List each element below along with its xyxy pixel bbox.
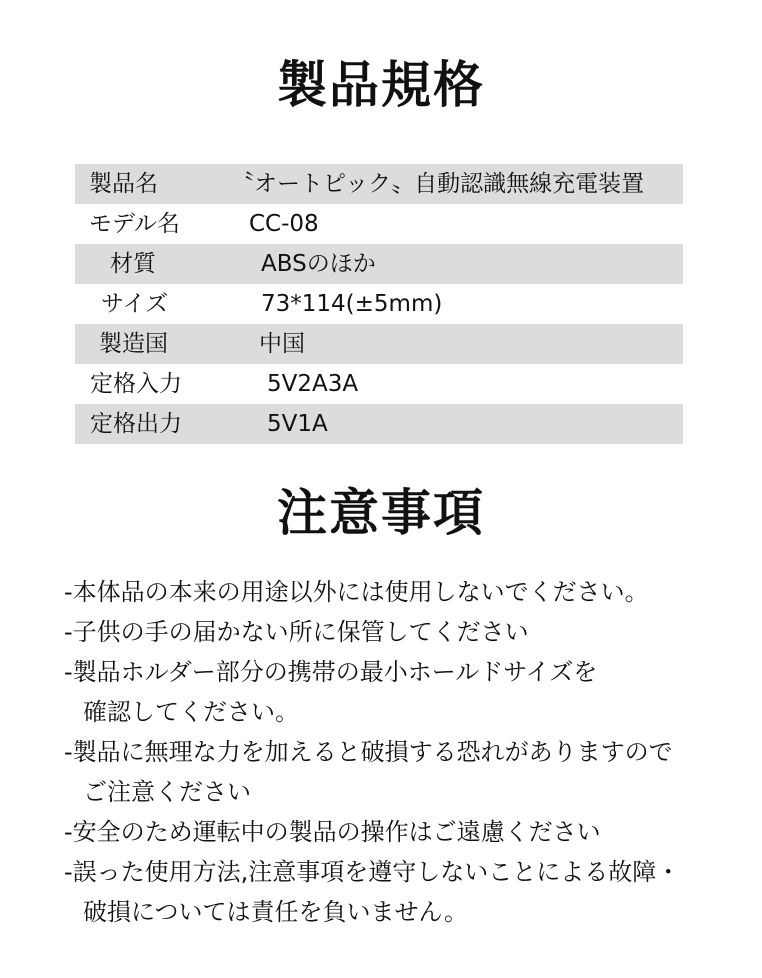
note-item: -製品ホルダー部分の携帯の最小ホールドサイズを: [64, 652, 744, 692]
spec-label: 製造国: [99, 324, 168, 364]
note-item-continuation: ご注意ください: [64, 772, 744, 812]
note-item: -誤った使用方法,注意事項を遵守しないことによる故障・: [64, 852, 744, 892]
spec-row-rated-input: 定格入力 5V2A3A: [75, 364, 683, 404]
spec-row-rated-output: 定格出力 5V1A: [75, 404, 683, 444]
note-item-continuation: 破損については責任を負いません。: [64, 892, 744, 932]
spec-row-country: 製造国 中国: [75, 324, 683, 364]
spec-row-model-name: モデル名 CC-08: [75, 204, 683, 244]
spec-label: 定格出力: [90, 404, 182, 444]
note-item: -安全のため運転中の製品の操作はご遠慮ください: [64, 812, 744, 852]
spec-value: ABSのほか: [261, 244, 376, 284]
notes-section-title: 注意事項: [0, 483, 762, 543]
spec-label: サイズ: [101, 284, 168, 324]
spec-label: 定格入力: [90, 364, 182, 404]
spec-value: 5V2A3A: [267, 364, 358, 404]
spec-label: モデル名: [89, 204, 180, 244]
spec-label: 材質: [110, 244, 156, 284]
notes-list: -本体品の本来の用途以外には使用しないでください。 -子供の手の届かない所に保管…: [64, 572, 744, 932]
note-item: -本体品の本来の用途以外には使用しないでください。: [64, 572, 744, 612]
note-item: -子供の手の届かない所に保管してください: [64, 612, 744, 652]
spec-label: 製品名: [89, 164, 158, 204]
spec-table: 製品名 〝オートピック〟自動認識無線充電装置 モデル名 CC-08 材質 ABS…: [75, 164, 683, 444]
spec-value: 中国: [259, 324, 305, 364]
spec-row-size: サイズ 73*114(±5mm): [75, 284, 683, 324]
spec-value: CC-08: [249, 204, 319, 244]
note-item: -製品に無理な力を加えると破損する恐れがありますので: [64, 732, 744, 772]
spec-section-title: 製品規格: [0, 55, 762, 115]
spec-value: 〝オートピック〟自動認識無線充電装置: [231, 164, 644, 204]
spec-value: 73*114(±5mm): [261, 284, 442, 324]
spec-value: 5V1A: [267, 404, 328, 444]
spec-row-material: 材質 ABSのほか: [75, 244, 683, 284]
note-item-continuation: 確認してください。: [64, 692, 744, 732]
spec-row-product-name: 製品名 〝オートピック〟自動認識無線充電装置: [75, 164, 683, 204]
